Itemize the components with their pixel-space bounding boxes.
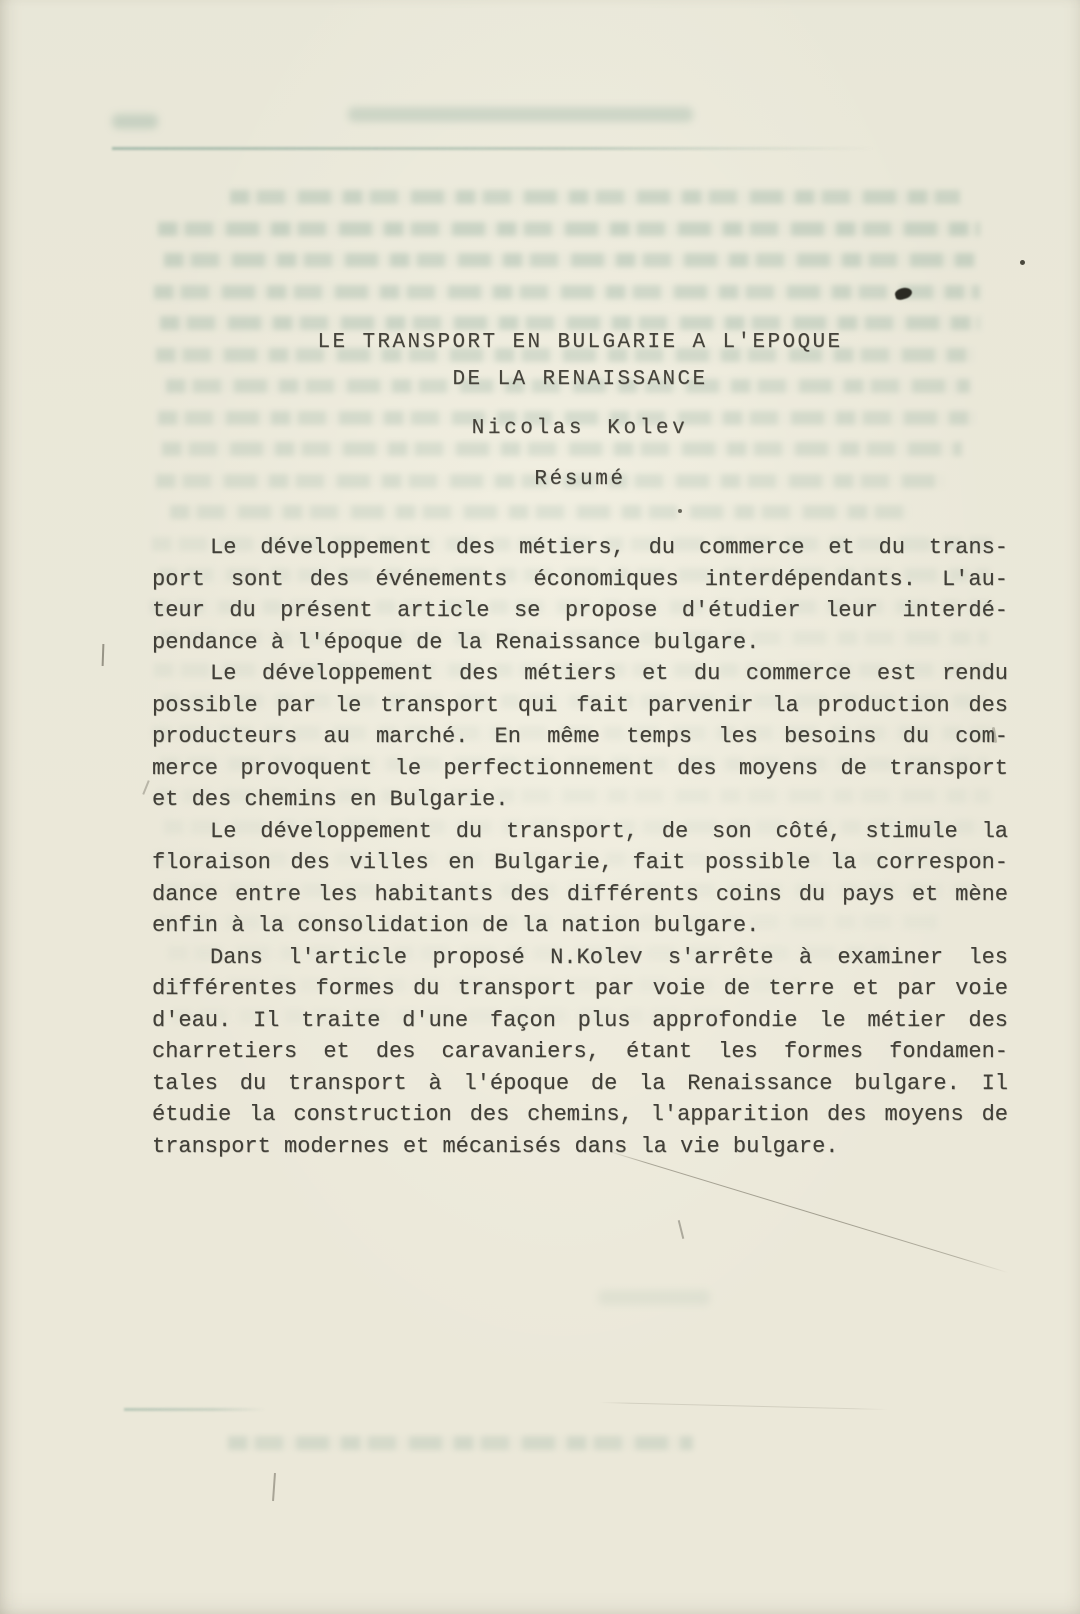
text-line: teur du présent article se propose d'étu… [152, 595, 1008, 627]
bleedthrough-line [230, 190, 960, 204]
bleedthrough-header-rule [112, 147, 874, 150]
bleedthrough-smudge [598, 1290, 710, 1305]
text-line: Le développement du transport, de son cô… [152, 816, 1008, 848]
bleedthrough-line [164, 253, 976, 267]
text-line: floraison des villes en Bulgarie, fait p… [152, 847, 1008, 879]
paragraph: Le développement du transport, de son cô… [152, 816, 1008, 942]
text-line: pendance à l'époque de la Renaissance bu… [152, 627, 1008, 659]
text-line: producteurs au marché. En même temps les… [152, 721, 1008, 753]
text-line: port sont des événements économiques int… [152, 564, 1008, 596]
text-line: possible par le transport qui fait parve… [152, 690, 1008, 722]
bleedthrough-line [154, 285, 980, 299]
bleedthrough-running-head [348, 107, 693, 122]
text-line: transport modernes et mécanisés dans la … [152, 1131, 1008, 1163]
title-line-1: LE TRANSPORT EN BULGARIE A L'EPOQUE [152, 324, 1008, 361]
author-name: Nicolas Kolev [152, 417, 1008, 441]
text-line: Le développement des métiers, du commerc… [152, 532, 1008, 564]
article-title: LE TRANSPORT EN BULGARIE A L'EPOQUE DE L… [152, 324, 1008, 398]
bleedthrough-footnote-rule [124, 1408, 266, 1411]
bleedthrough-line [162, 442, 962, 456]
text-line: charretiers et des caravaniers, étant le… [152, 1036, 1008, 1068]
ink-speck [678, 509, 682, 513]
paragraph: Dans l'article proposé N.Kolev s'arrête … [152, 942, 1008, 1163]
bleedthrough-line [158, 222, 980, 236]
ink-speck [1020, 260, 1025, 265]
bleedthrough-footnote-text [228, 1436, 693, 1450]
text-line: enfin à la consolidation de la nation bu… [152, 910, 1008, 942]
bleedthrough-page-number [112, 114, 158, 129]
text-line: d'eau. Il traite d'une façon plus approf… [152, 1005, 1008, 1037]
paragraph: Le développement des métiers et du comme… [152, 658, 1008, 816]
text-line: tales du transport à l'époque de la Rena… [152, 1068, 1008, 1100]
text-line: Le développement des métiers et du comme… [152, 658, 1008, 690]
text-line: merce provoquent le perfectionnement des… [152, 753, 1008, 785]
paragraph: Le développement des métiers, du commerc… [152, 532, 1008, 658]
text-line: dance entre les habitants des différents… [152, 879, 1008, 911]
text-line: et des chemins en Bulgarie. [152, 784, 1008, 816]
scanned-document-page: LE TRANSPORT EN BULGARIE A L'EPOQUE DE L… [0, 0, 1080, 1614]
bleedthrough-line [170, 505, 910, 519]
text-line: Dans l'article proposé N.Kolev s'arrête … [152, 942, 1008, 974]
text-line: différentes formes du transport par voie… [152, 973, 1008, 1005]
title-line-2: DE LA RENAISSANCE [152, 361, 1008, 398]
body-text: Le développement des métiers, du commerc… [152, 532, 1008, 1162]
section-heading: Résumé [152, 468, 1008, 492]
text-line: étudie la construction des chemins, l'ap… [152, 1099, 1008, 1131]
